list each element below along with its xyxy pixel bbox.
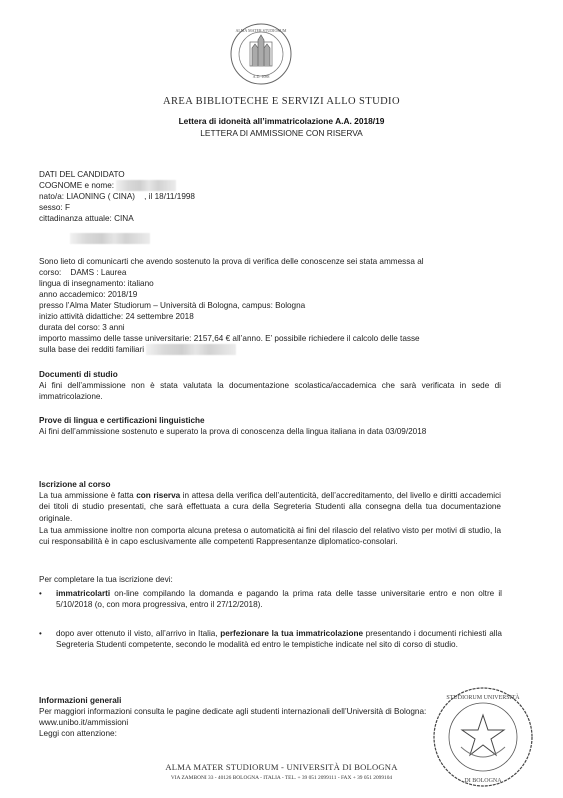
campus-row: presso l’Alma Mater Studiorum – Universi…	[39, 300, 305, 311]
language-tests-text: Ai fini dell’ammissione sostenuto e supe…	[39, 426, 426, 437]
course-row: corso: DAMS : Laurea	[39, 267, 126, 278]
language-tests-heading: Prove di lingua e certificazioni linguis…	[39, 415, 205, 426]
documents-heading: Documenti di studio	[39, 369, 118, 380]
candidate-name-row: COGNOME e nome:	[39, 180, 176, 191]
svg-text:DI BOLOGNA: DI BOLOGNA	[464, 778, 502, 784]
enrollment-p2: La tua ammissione inoltre non comporta a…	[39, 525, 501, 548]
general-info-heading: Informazioni generali	[39, 695, 121, 706]
duration-row: durata del corso: 3 anni	[39, 322, 125, 333]
svg-text:ALMA MATER STUDIORUM: ALMA MATER STUDIORUM	[236, 28, 287, 33]
language-row: lingua di insegnamento: italiano	[39, 278, 154, 289]
candidate-birth-row: nato/a: LIAONING ( CINA) , il 18/11/1998	[39, 191, 195, 202]
admission-letter: A.D. 1088 ALMA MATER STUDIORUM AREA BIBL…	[0, 0, 563, 798]
candidate-heading: DATI DEL CANDIDATO	[39, 169, 125, 180]
redacted-block	[70, 233, 150, 244]
svg-text:A.D. 1088: A.D. 1088	[253, 74, 270, 79]
bullet-icon: •	[39, 628, 42, 639]
bullet-item: • dopo aver ottenuto il visto, all’arriv…	[56, 628, 502, 651]
general-info-text: Per maggiori informazioni consulta le pa…	[39, 706, 426, 717]
fees-row: importo massimo delle tasse universitari…	[39, 333, 420, 344]
name-label: COGNOME e nome:	[39, 181, 114, 190]
department-name: AREA BIBLIOTECHE E SERVIZI ALLO STUDIO	[0, 96, 563, 107]
candidate-citizenship-row: cittadinanza attuale: CINA	[39, 213, 134, 224]
letter-subtitle: LETTERA DI AMMISSIONE CON RISERVA	[0, 128, 563, 138]
candidate-sex-row: sesso: F	[39, 202, 70, 213]
svg-text:STUDIORUM UNIVERSITÀ: STUDIORUM UNIVERSITÀ	[446, 693, 520, 701]
official-stamp-icon: STUDIORUM UNIVERSITÀ DI BOLOGNA	[431, 685, 535, 789]
enrollment-heading: Iscrizione al corso	[39, 479, 110, 490]
redacted-income	[146, 344, 236, 355]
bullet-icon: •	[39, 588, 42, 599]
letter-title: Lettera di idoneità all’immatricolazione…	[0, 116, 563, 126]
enrollment-p1: La tua ammissione è fatta con riserva in…	[39, 490, 501, 524]
complete-intro: Per completare la tua iscrizione devi:	[39, 574, 173, 585]
admissions-link[interactable]: www.unibo.it/ammissioni	[39, 717, 128, 728]
redacted-name	[116, 180, 176, 191]
fees-cont-row: sulla base dei redditi familiari	[39, 344, 236, 355]
university-seal-icon: A.D. 1088 ALMA MATER STUDIORUM	[229, 22, 293, 86]
read-carefully: Leggi con attenzione:	[39, 728, 117, 739]
start-row: inizio attività didattiche: 24 settembre…	[39, 311, 194, 322]
bullet-item: • immatricolarti on-line compilando la d…	[56, 588, 502, 611]
admission-intro: Sono lieto di comunicarti che avendo sos…	[39, 256, 424, 267]
documents-text: Ai fini dell’ammissione non è stata valu…	[39, 380, 501, 403]
year-row: anno accademico: 2018/19	[39, 289, 137, 300]
